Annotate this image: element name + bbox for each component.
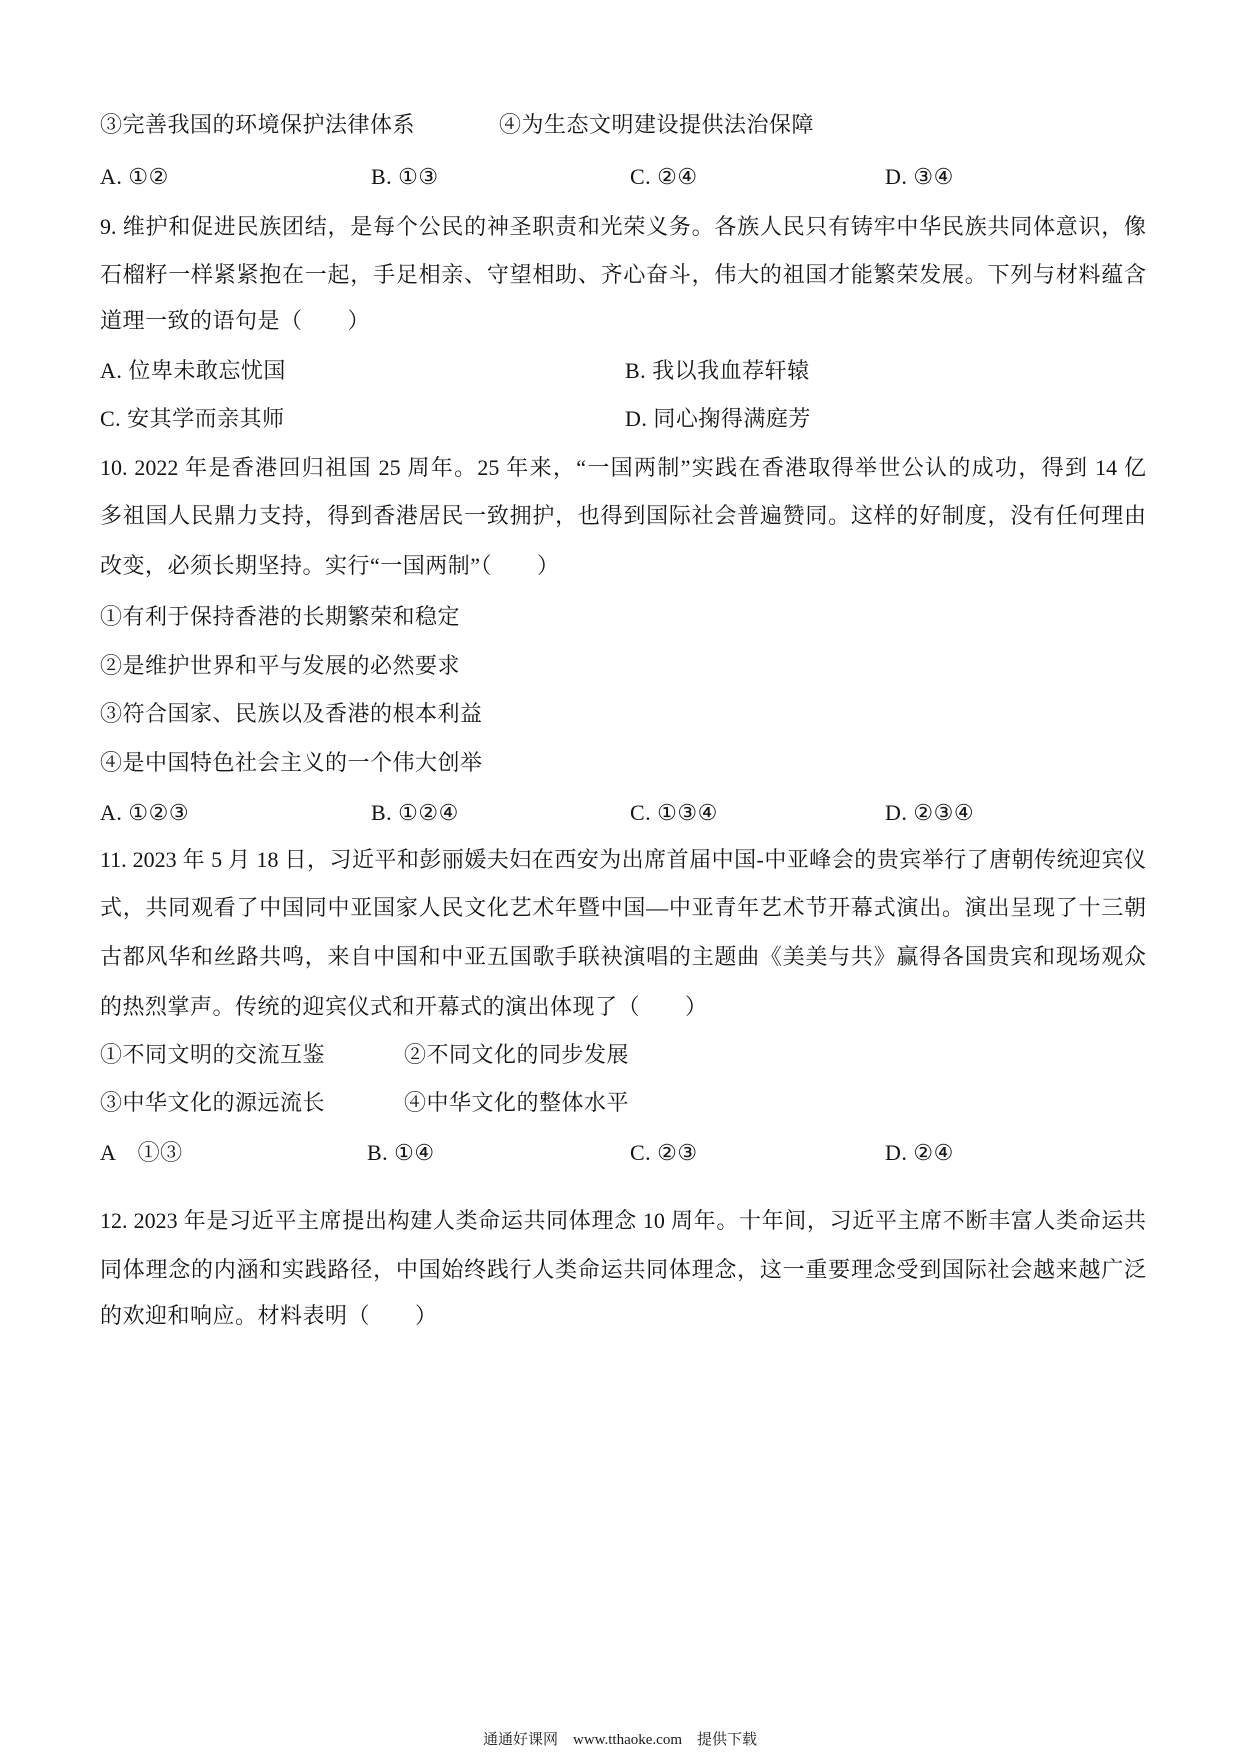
q11-item-2: ②不同文化的同步发展 bbox=[404, 1042, 629, 1067]
q11-choice-b: B. ①④ bbox=[367, 1140, 435, 1165]
q10-item-3: ③符合国家、民族以及香港的根本利益 bbox=[100, 701, 483, 726]
q10-choice-b: B. ①②④ bbox=[371, 800, 459, 825]
q10-stem-line-1: 10. 2022 年是香港回归祖国 25 周年。25 年来，“一国两制”实践在香… bbox=[100, 455, 1146, 480]
q11-choice-a: A ①③ bbox=[100, 1140, 183, 1165]
q11-choice-d: D. ②④ bbox=[885, 1140, 954, 1165]
q10-choice-d: D. ②③④ bbox=[885, 800, 974, 825]
q11-item-3: ③中华文化的源远流长 bbox=[100, 1090, 325, 1115]
q10-item-2: ②是维护世界和平与发展的必然要求 bbox=[100, 653, 460, 678]
q11-stem-line-3: 古都风华和丝路共鸣，来自中国和中亚五国歌手联袂演唱的主题曲《美美与共》赢得各国贵… bbox=[100, 944, 1146, 969]
q10-item-1: ①有利于保持香港的长期繁荣和稳定 bbox=[100, 604, 460, 629]
q11-item-1: ①不同文明的交流互鉴 bbox=[100, 1042, 325, 1067]
q9-choice-c: C. 安其学而亲其师 bbox=[100, 406, 285, 431]
q10-stem-line-3: 改变，必须长期坚持。实行“一国两制”（ ） bbox=[100, 553, 560, 578]
q8-choice-b: B. ①③ bbox=[371, 164, 439, 189]
q10-choice-a: A. ①②③ bbox=[100, 800, 189, 825]
exam-page: ③完善我国的环境保护法律体系 ④为生态文明建设提供法治保障 A. ①② B. ①… bbox=[0, 0, 1240, 1754]
q9-choice-d: D. 同心掬得满庭芳 bbox=[625, 406, 811, 431]
footer-download-note: 通通好课网 www.tthaoke.com 提供下载 bbox=[0, 1728, 1240, 1749]
q11-item-4: ④中华文化的整体水平 bbox=[404, 1090, 629, 1115]
q9-stem-line-3: 道理一致的语句是（ ） bbox=[100, 308, 370, 333]
q9-stem-line-2: 石榴籽一样紧紧抱在一起，手足相亲、守望相助、齐心奋斗，伟大的祖国才能繁荣发展。下… bbox=[100, 262, 1146, 287]
q9-stem-line-1: 9. 维护和促进民族团结，是每个公民的神圣职责和光荣义务。各族人民只有铸牢中华民… bbox=[100, 214, 1146, 239]
q12-stem-line-1: 12. 2023 年是习近平主席提出构建人类命运共同体理念 10 周年。十年间，… bbox=[100, 1208, 1146, 1233]
q8-choice-c: C. ②④ bbox=[630, 164, 698, 189]
q10-item-4: ④是中国特色社会主义的一个伟大创举 bbox=[100, 750, 483, 775]
q12-stem-line-2: 同体理念的内涵和实践路径，中国始终践行人类命运共同体理念，这一重要理念受到国际社… bbox=[100, 1257, 1146, 1282]
q8-choice-a: A. ①② bbox=[100, 164, 169, 189]
q12-stem-line-3: 的欢迎和响应。材料表明（ ） bbox=[100, 1303, 438, 1328]
q11-stem-line-1: 11. 2023 年 5 月 18 日，习近平和彭丽媛夫妇在西安为出席首届中国-… bbox=[100, 847, 1146, 872]
q9-choice-b: B. 我以我血荐轩辕 bbox=[625, 358, 810, 383]
q11-choice-c: C. ②③ bbox=[630, 1140, 698, 1165]
q8-option-3: ③完善我国的环境保护法律体系 bbox=[100, 112, 415, 137]
q11-stem-line-2: 式，共同观看了中国同中亚国家人民文化艺术年暨中国—中亚青年艺术节开幕式演出。演出… bbox=[100, 895, 1146, 920]
q8-choice-d: D. ③④ bbox=[885, 164, 954, 189]
q8-option-4: ④为生态文明建设提供法治保障 bbox=[499, 112, 814, 137]
q9-choice-a: A. 位卑未敢忘忧国 bbox=[100, 358, 286, 383]
q10-choice-c: C. ①③④ bbox=[630, 800, 718, 825]
q11-stem-line-4: 的热烈掌声。传统的迎宾仪式和开幕式的演出体现了（ ） bbox=[100, 994, 708, 1019]
q10-stem-line-2: 多祖国人民鼎力支持，得到香港居民一致拥护，也得到国际社会普遍赞同。这样的好制度，… bbox=[100, 503, 1146, 528]
